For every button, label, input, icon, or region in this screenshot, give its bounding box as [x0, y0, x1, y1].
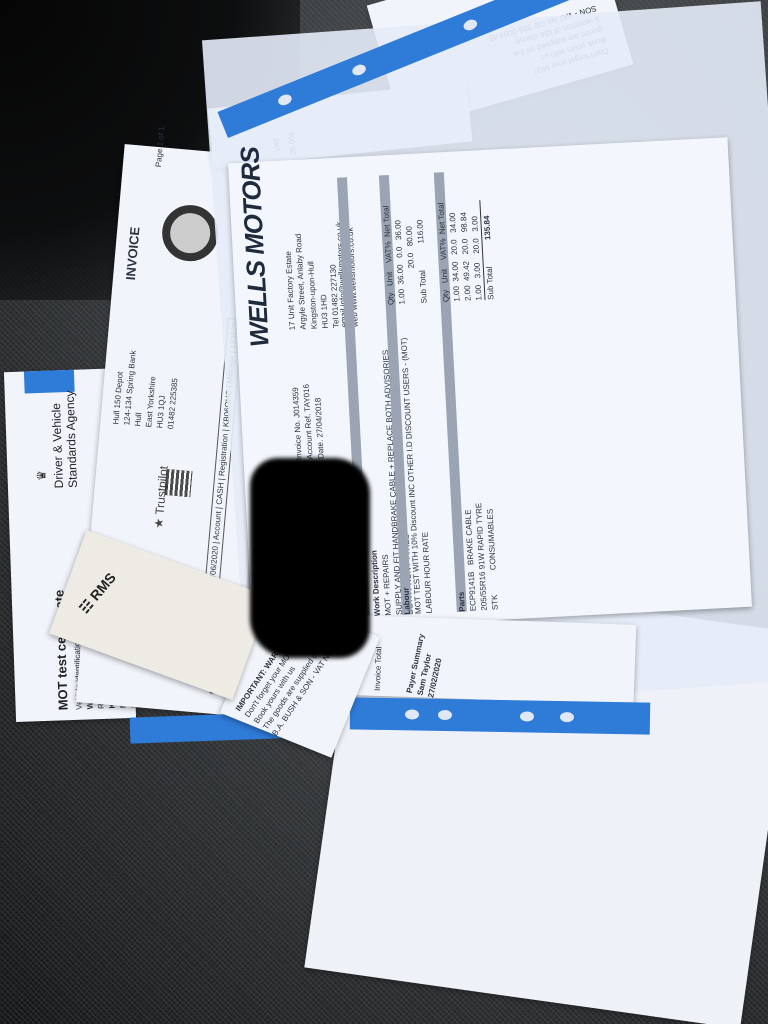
subtotal-label: Sub Total: [485, 266, 496, 300]
redaction-blackout: [250, 458, 370, 658]
page-number: Page 1 of 1: [153, 126, 168, 168]
cell: 20.0: [471, 238, 481, 254]
col-header: Qty: [386, 292, 396, 305]
cell: 49.42: [461, 261, 471, 281]
invoice-title: INVOICE: [123, 226, 143, 281]
cell: 1.00: [452, 286, 462, 302]
cell: 34.00: [450, 261, 460, 281]
col-header: Unit: [385, 272, 395, 287]
invoice-line: Invoice Total: [372, 646, 385, 691]
cell: 98.84: [459, 212, 469, 232]
sleeve-punch-strip-lower: [350, 697, 651, 734]
col-header: Net Total: [436, 202, 447, 234]
table-cell: CASH: [215, 482, 226, 505]
cell: CONSUMABLES: [485, 509, 497, 571]
cell: 3.00: [473, 262, 483, 278]
cell: 0.0: [395, 246, 405, 258]
cell: 34.00: [448, 212, 458, 232]
star-icon: ★: [151, 517, 166, 529]
cell: 80.00: [405, 226, 415, 246]
col-header: Unit: [440, 269, 450, 284]
dvsa-logo-text: Driver & Vehicle Standards Agency: [49, 388, 80, 489]
cell: 20.0: [449, 239, 459, 255]
subtotal-label: Sub Total: [418, 270, 429, 304]
col-header: VAT%: [438, 238, 448, 260]
col-header: Net Total: [381, 205, 392, 237]
cell: 2.00: [463, 285, 473, 301]
cell: 1.00: [474, 285, 484, 301]
subtotal-value: 135.84: [482, 215, 492, 240]
cell: 20.0: [460, 239, 470, 255]
table-header: Registration: [217, 433, 230, 476]
rms-logo: RMS: [87, 569, 119, 603]
wells-motors-logo: WELLS MOTORS: [237, 147, 271, 348]
subtotal-value: 116.00: [415, 219, 425, 243]
qr-code-icon: [164, 469, 192, 497]
lower-invoice: Invoice Total Payer Summary Sam Taylor 2…: [354, 615, 637, 705]
cell: 1.00: [397, 289, 407, 305]
crown-icon: ♛: [35, 470, 47, 481]
tyre-illustration-icon: [160, 203, 221, 264]
cell: 36.00: [396, 264, 406, 284]
col-header: VAT%: [383, 241, 393, 263]
cell: 20.0: [406, 253, 416, 269]
cell: STK: [490, 594, 500, 610]
table-header: Account: [212, 511, 223, 541]
col-header: Qty: [441, 290, 451, 303]
cell: 3.00: [470, 216, 480, 232]
cell: 36.00: [393, 220, 403, 240]
